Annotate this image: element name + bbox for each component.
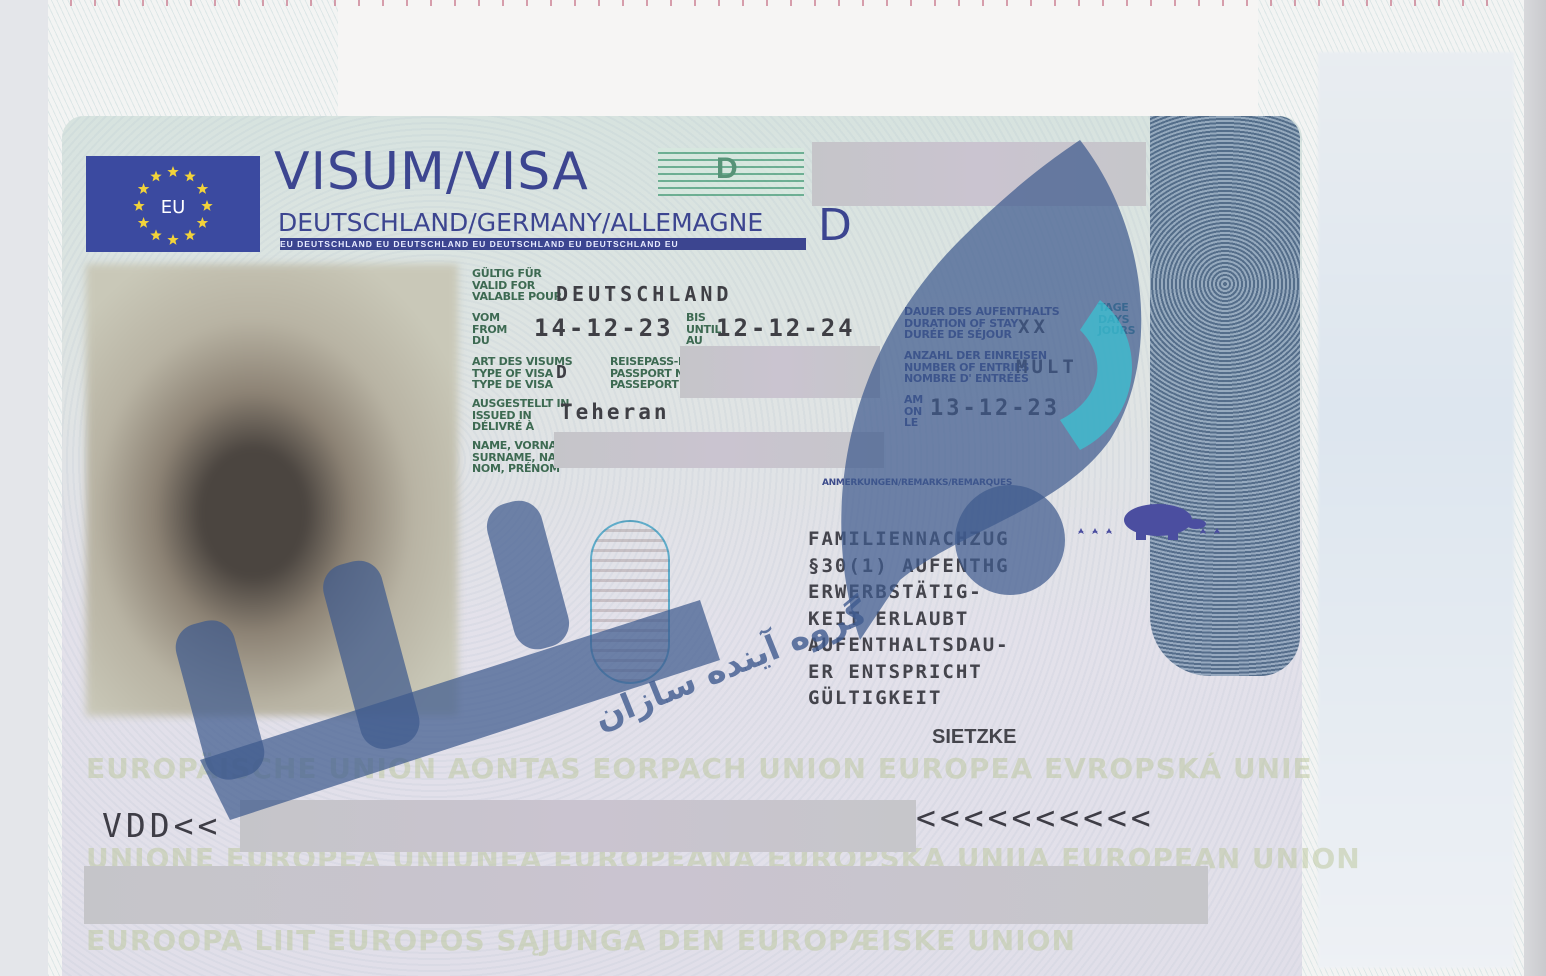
remarks-line: GÜLTIGKEIT bbox=[808, 685, 1010, 712]
remarks-text: FAMILIENNACHZUG §30(1) AUFENTHG ERWERBST… bbox=[808, 526, 1010, 712]
redacted-area-right bbox=[1318, 52, 1514, 968]
label-valid-for: GÜLTIG FÜR VALID FOR VALABLE POUR bbox=[472, 268, 562, 303]
value-issued-on: 13-12-23 bbox=[930, 396, 1060, 421]
label-remarks: ANMERKUNGEN/REMARKS/REMARQUES bbox=[822, 478, 1012, 490]
country-code: D bbox=[818, 200, 852, 251]
issuing-country: DEUTSCHLAND/GERMANY/ALLEMAGNE bbox=[278, 208, 763, 237]
holder-photo-blurred bbox=[86, 264, 458, 716]
tortoise-icon bbox=[1070, 496, 1230, 546]
label-issued-in: AUSGESTELLT IN ISSUED IN DÉLIVRÉ À bbox=[472, 398, 569, 433]
passport-stitching bbox=[70, 0, 1500, 6]
redacted-visa-number bbox=[812, 142, 1146, 206]
redacted-passport-no bbox=[680, 346, 880, 398]
value-type-of-visa: D bbox=[556, 362, 571, 383]
visa-title: VISUM/VISA bbox=[274, 142, 589, 202]
eu-flag-icon: EU bbox=[86, 156, 260, 252]
value-valid-for: DEUTSCHLAND bbox=[556, 282, 732, 306]
label-issued-on: AM ON LE bbox=[904, 394, 923, 429]
redacted-mrz-line2 bbox=[84, 866, 1208, 924]
d-hologram-icon: D bbox=[658, 148, 804, 196]
label-from: VOM FROM DU bbox=[472, 312, 507, 347]
label-days-unit: TAGE DAYS JOURS bbox=[1098, 302, 1135, 337]
remarks-line: ER ENTSPRICHT bbox=[808, 659, 1010, 686]
remarks-line: KEIT ERLAUBT bbox=[808, 606, 1010, 633]
value-number-of-entries: MULT bbox=[1016, 356, 1078, 378]
background-text: EUROOPA LIIT EUROPOS SĄJUNGA DEN EUROPÆI… bbox=[86, 924, 1076, 957]
officer-signature: SIETZKE bbox=[932, 726, 1016, 749]
mrz-line1-prefix: VDD<< bbox=[102, 806, 221, 845]
guilloche-pattern bbox=[1150, 116, 1300, 676]
remarks-line: ERWERBSTÄTIG- bbox=[808, 579, 1010, 606]
mrz-line1-suffix: <<<<<<<<<< bbox=[916, 798, 1155, 837]
kinegram-seal bbox=[590, 520, 670, 684]
hologram-letter: D bbox=[716, 152, 738, 186]
remarks-line: §30(1) AUFENTHG bbox=[808, 553, 1010, 580]
page-top-paper bbox=[338, 0, 1258, 118]
eu-flag-label: EU bbox=[161, 197, 186, 218]
value-issued-in: Teheran bbox=[560, 400, 670, 424]
remarks-line: AUFENTHALTSDAU- bbox=[808, 632, 1010, 659]
redacted-mrz-line1 bbox=[240, 800, 916, 852]
remarks-line: FAMILIENNACHZUG bbox=[808, 526, 1010, 553]
value-from: 14-12-23 bbox=[534, 314, 674, 342]
value-duration-of-stay: XX bbox=[1018, 316, 1049, 338]
scan-edge-shadow bbox=[1524, 0, 1546, 976]
redacted-name bbox=[554, 432, 884, 468]
country-microprint-strip: EU DEUTSCHLAND EU DEUTSCHLAND EU DEUTSCH… bbox=[280, 238, 806, 250]
value-until: 12-12-24 bbox=[716, 314, 856, 342]
background-text: EUROPÄISCHE UNION AONTAS EORPACH UNION E… bbox=[86, 752, 1313, 785]
